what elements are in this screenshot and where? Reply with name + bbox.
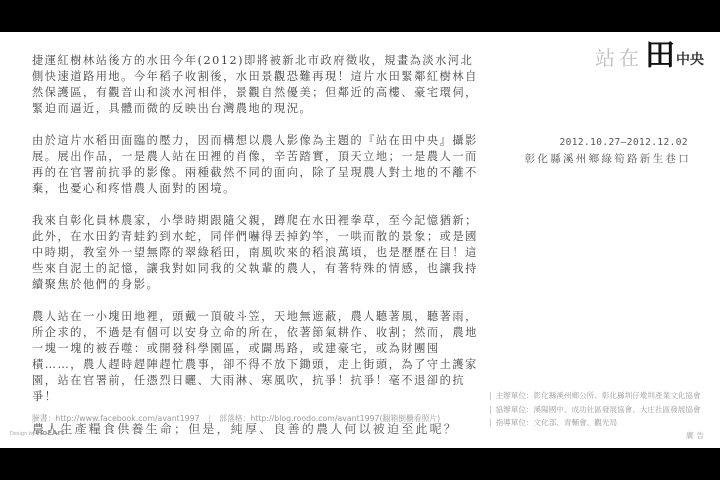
paragraph-4: 農人站在一小塊田地裡，頭戴一頂破斗笠，天地無遮蔽，農人聽著風，聽著雨，所企求的，… [32,309,478,405]
blog-link[interactable]: http://blog.roodo.com/avant1997 [250,414,379,423]
organizer-names: 彰化縣溪州鄉公所、彰化縣圳仔墘圳產業文化協會 [534,391,701,400]
organizers-list: |主辦單位：彰化縣溪州鄉公所、彰化縣圳仔墘圳產業文化協會 |協辦單位：溪陽國中、… [489,389,701,430]
organizer-row: |協辦單位：溪陽國中、成功社區發展協會、大庄社區發展協會 [489,403,701,417]
bar-marker-icon: | [489,418,492,427]
event-dates: 2012.10.27—2012.12.02 [525,136,688,150]
paragraph-2: 由於這片水稻田面臨的壓力，因而構想以農人影像為主題的『站在田中央』攝影展。展出作… [32,133,478,197]
organizer-role: 指導單位： [496,418,534,427]
exhibition-title: 站在 田 中央 [595,41,704,71]
paragraph-1: 捷運紅樹林站後方的水田今年(2012)即將被新北市政府徵收，規畫為淡水河北側快速… [32,53,478,117]
credit-prefix: Design by [10,431,37,437]
poster-page: 捷運紅樹林站後方的水田今年(2012)即將被新北市政府徵收，規畫為淡水河北側快速… [0,32,720,448]
organizer-names: 溪陽國中、成功社區發展協會、大庄社區發展協會 [534,405,701,414]
title-big-field-char: 田 [645,41,675,71]
credit-brand-logo: HoEArt [37,429,65,437]
blog-note: (翻箱倒櫃看照片) [379,414,440,423]
facebook-label: 臉書： [32,414,55,423]
link-separator: | [208,414,211,423]
organizer-role: 主辦單位： [496,391,534,400]
contact-links: 臉書：http://www.facebook.com/avant1997 | 部… [32,413,440,424]
title-light: 站在 [595,42,643,71]
bar-marker-icon: | [489,405,492,414]
ad-label: 廣告 [686,430,707,441]
organizer-row: |主辦單位：彰化縣溪州鄉公所、彰化縣圳仔墘圳產業文化協會 [489,389,701,403]
organizer-role: 協辦單位： [496,405,534,414]
facebook-link[interactable]: http://www.facebook.com/avant1997 [55,414,199,423]
bar-marker-icon: | [489,391,492,400]
article-body: 捷運紅樹林站後方的水田今年(2012)即將被新北市政府徵收，規畫為淡水河北側快速… [32,53,478,453]
organizer-row: |指導單位：文化部、青輔會、觀光局 [489,416,701,430]
title-small: 中央 [676,49,704,69]
event-info: 2012.10.27—2012.12.02 彰化縣溪州鄉綠筍路新生巷口 [525,136,688,168]
organizer-names: 文化部、青輔會、觀光局 [534,418,618,427]
design-credit: Design by HoEArt [10,429,64,437]
event-place: 彰化縣溪州鄉綠筍路新生巷口 [525,150,691,168]
blog-label: 部落格： [219,414,250,423]
paragraph-3: 我來自彰化員林農家，小學時期跟隨父親，蹲爬在水田裡拳草，至今記憶猶新；此外，在水… [32,213,478,293]
